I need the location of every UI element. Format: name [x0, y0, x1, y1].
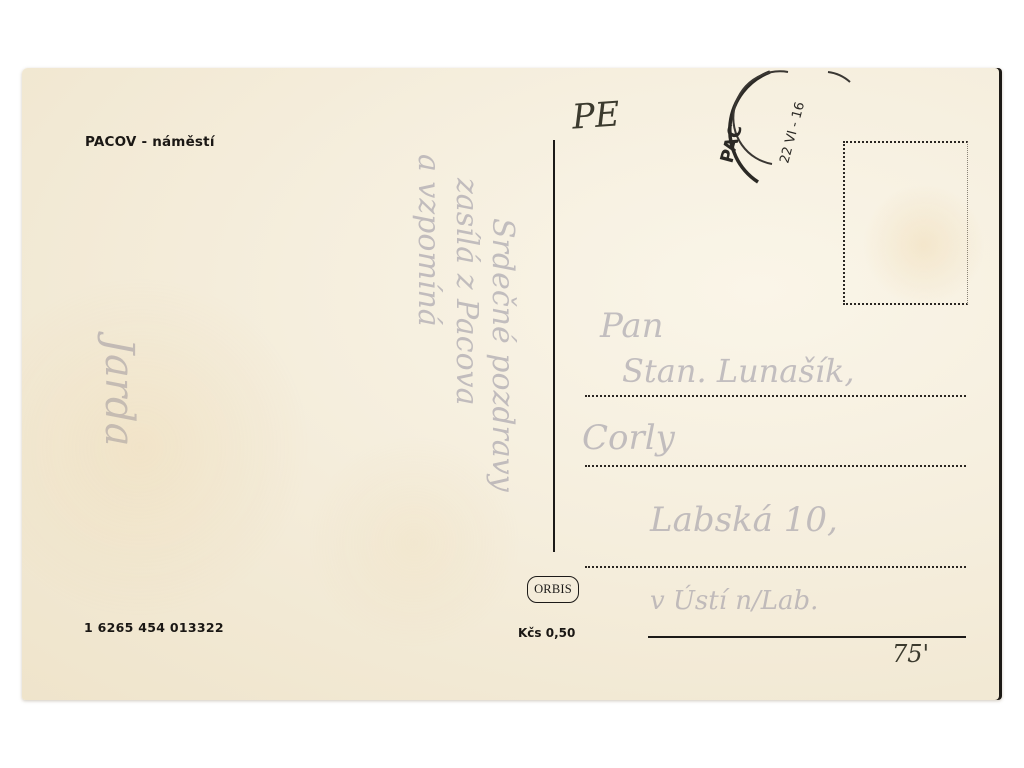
- postmark-town: PAC: [717, 122, 747, 165]
- postmark-town-text: PAC: [717, 122, 747, 165]
- address-recipient-title: Pan: [600, 306, 664, 346]
- printed-price: Kčs 0,50: [518, 626, 575, 640]
- address-street-2: Labská 10,: [650, 500, 838, 540]
- address-city: v Ústí n/Lab.: [650, 586, 818, 616]
- place-name: náměstí: [152, 134, 214, 150]
- publisher-logo-text: ORBIS: [534, 582, 572, 597]
- caption-separator: -: [137, 134, 153, 150]
- address-line-1: [585, 395, 966, 397]
- stamp-placeholder-box: [843, 141, 968, 305]
- message-line-3: a vzpomíná: [411, 154, 446, 327]
- address-street-1: Corly: [582, 418, 675, 458]
- publisher-logo-badge: ORBIS: [527, 576, 579, 603]
- address-line-2: [585, 465, 966, 467]
- address-recipient-name: Stan. Lunašík,: [622, 352, 855, 390]
- center-divider-line: [553, 140, 555, 552]
- serial-number: 1 6265 454 013322: [84, 620, 224, 635]
- town-name: PACOV: [85, 134, 137, 150]
- message-signature: Jarda: [96, 338, 142, 446]
- postcard-back: PACOV - náměstí 1 6265 454 013322 ORBIS …: [22, 68, 1002, 700]
- message-line-1: Srdečné pozdravy: [485, 218, 520, 492]
- corner-mark: PE: [571, 94, 621, 137]
- message-line-2: zasílá z Pacova: [449, 178, 484, 405]
- postmark-stamp-icon: PAC 22 VI - 16: [710, 64, 860, 194]
- address-line-4: [648, 636, 966, 638]
- postmark-date: 22 VI - 16: [777, 100, 808, 165]
- price-mark: 75': [892, 640, 929, 668]
- address-line-3: [585, 566, 966, 568]
- location-caption: PACOV - náměstí: [85, 134, 215, 150]
